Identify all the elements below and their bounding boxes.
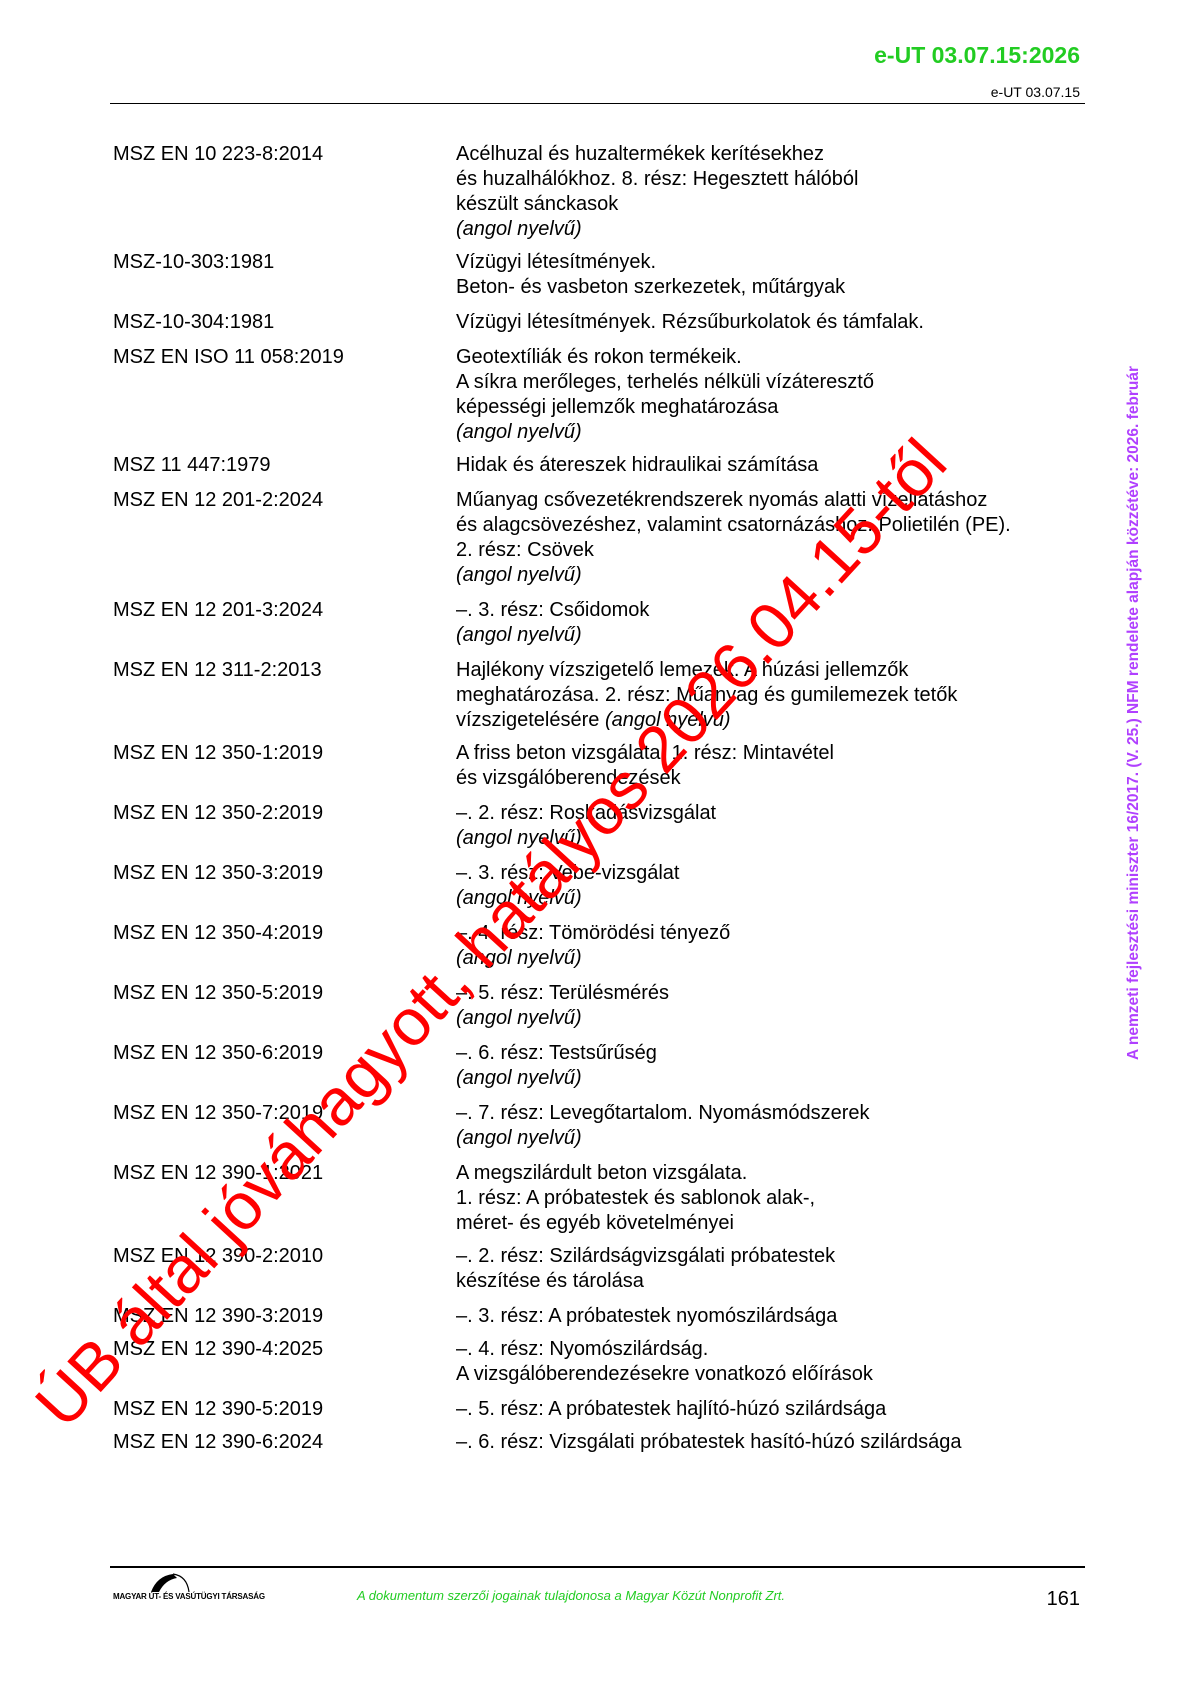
title-line: –. 4. rész: Nyomószilárdság. [456,1337,1083,1362]
title-line: A síkra merőleges, terhelés nélküli vízá… [456,370,1083,395]
standard-code: MSZ EN 12 350-3:2019 [113,861,456,886]
language-note: (angol nyelvű) [456,1066,1083,1091]
copyright-notice: A dokumentum szerzői jogainak tulajdonos… [357,1588,785,1603]
standard-entry: MSZ EN 12 311-2:2013Hajlékony vízszigete… [113,658,1083,733]
language-note: (angol nyelvű) [456,420,1083,445]
standard-entry: MSZ EN 12 390-2:2010–. 2. rész: Szilárds… [113,1244,1083,1294]
standard-title: Vízügyi létesítmények. Rézsűburkolatok é… [456,310,1083,335]
standard-entry: MSZ EN 12 350-5:2019–. 5. rész: Terülésm… [113,981,1083,1031]
document-subcode: e-UT 03.07.15 [991,84,1080,100]
language-note: (angol nyelvű) [456,217,1083,242]
language-note: (angol nyelvű) [456,1006,1083,1031]
title-line: Acélhuzal és huzaltermékek kerítésekhez [456,142,1083,167]
title-line: vízszigetelésére (angol nyelvű) [456,708,1083,733]
title-line: A vizsgálóberendezésekre vonatkozó előír… [456,1362,1083,1387]
language-note: (angol nyelvű) [456,946,1083,971]
standard-entry: MSZ EN 12 390-5:2019–. 5. rész: A próbat… [113,1397,1083,1422]
road-logo-icon [143,1572,203,1594]
title-line: képességi jellemzők meghatározása [456,395,1083,420]
logo-text: MAGYAR ÚT- ÉS VASÚTÜGYI TÁRSASÁG [113,1592,265,1601]
standard-code: MSZ EN 12 311-2:2013 [113,658,456,683]
standard-entry: MSZ-10-304:1981Vízügyi létesítmények. Ré… [113,310,1083,335]
title-line: és huzalhálókhoz. 8. rész: Hegesztett há… [456,167,1083,192]
title-line: Vízügyi létesítmények. Rézsűburkolatok é… [456,310,1083,335]
publication-note: A nemzeti fejlesztési miniszter 16/2017.… [1125,366,1143,1060]
header-divider [110,103,1085,104]
standard-code: MSZ-10-303:1981 [113,250,456,275]
title-line: A megszilárdult beton vizsgálata. [456,1161,1083,1186]
title-line: Hidak és átereszek hidraulikai számítása [456,453,1083,478]
standard-title: A megszilárdult beton vizsgálata.1. rész… [456,1161,1083,1236]
title-line: Vízügyi létesítmények. [456,250,1083,275]
standard-code: MSZ EN 12 201-3:2024 [113,598,456,623]
standard-entry: MSZ-10-303:1981Vízügyi létesítmények.Bet… [113,250,1083,300]
title-line: Beton- és vasbeton szerkezetek, műtárgya… [456,275,1083,300]
standard-title: –. 4. rész: Nyomószilárdság.A vizsgálóbe… [456,1337,1083,1387]
title-line: 1. rész: A próbatestek és sablonok alak-… [456,1186,1083,1211]
standard-entry: MSZ EN ISO 11 058:2019Geotextíliák és ro… [113,345,1083,445]
title-line: –. 3. rész: A próbatestek nyomószilárdsá… [456,1304,1083,1329]
title-line: –. 6. rész: Testsűrűség [456,1041,1083,1066]
title-line: készítése és tárolása [456,1269,1083,1294]
standard-title: –. 6. rész: Testsűrűség(angol nyelvű) [456,1041,1083,1091]
standard-code: MSZ EN 12 350-2:2019 [113,801,456,826]
title-line: készült sánckasok [456,192,1083,217]
standard-code: MSZ EN 10 223-8:2014 [113,142,456,167]
title-line: Műanyag csővezetékrendszerek nyomás alat… [456,488,1083,513]
standard-title: Acélhuzal és huzaltermékek kerítésekhezé… [456,142,1083,242]
standard-entry: MSZ EN 12 350-4:2019–. 4. rész: Tömörödé… [113,921,1083,971]
title-line: –. 4. rész: Tömörödési tényező [456,921,1083,946]
standard-title: –. 5. rész: A próbatestek hajlító-húzó s… [456,1397,1083,1422]
standard-code: MSZ-10-304:1981 [113,310,456,335]
title-line: meghatározása. 2. rész: Műanyag és gumil… [456,683,1083,708]
title-line: –. 2. rész: Szilárdságvizsgálati próbate… [456,1244,1083,1269]
standard-title: –. 6. rész: Vizsgálati próbatestek hasít… [456,1430,1083,1455]
standard-code: MSZ EN 12 350-1:2019 [113,741,456,766]
standard-code: MSZ EN 12 201-2:2024 [113,488,456,513]
footer-divider [110,1566,1085,1568]
title-line: A friss beton vizsgálata. 1. rész: Minta… [456,741,1083,766]
page-number: 161 [1047,1588,1080,1611]
society-logo: MAGYAR ÚT- ÉS VASÚTÜGYI TÁRSASÁG [113,1572,273,1612]
standard-title: Geotextíliák és rokon termékeik.A síkra … [456,345,1083,445]
standard-code: MSZ EN 12 350-4:2019 [113,921,456,946]
title-line: és vizsgálóberendezések [456,766,1083,791]
title-line: 2. rész: Csövek [456,538,1083,563]
title-line: Geotextíliák és rokon termékeik. [456,345,1083,370]
standard-entry: MSZ EN 12 350-6:2019–. 6. rész: Testsűrű… [113,1041,1083,1091]
language-note: (angol nyelvű) [456,1126,1083,1151]
standard-entry: MSZ EN 12 390-6:2024–. 6. rész: Vizsgála… [113,1430,1083,1455]
standard-title: A friss beton vizsgálata. 1. rész: Minta… [456,741,1083,791]
standard-title: –. 2. rész: Szilárdságvizsgálati próbate… [456,1244,1083,1294]
standard-entry: MSZ EN 12 390-3:2019–. 3. rész: A próbat… [113,1304,1083,1329]
standard-code: MSZ EN 12 390-5:2019 [113,1397,456,1422]
title-line: –. 5. rész: Terülésmérés [456,981,1083,1006]
standard-code: MSZ EN 12 390-6:2024 [113,1430,456,1455]
standard-code: MSZ 11 447:1979 [113,453,456,478]
title-line: és alagcsövezéshez, valamint csatornázás… [456,513,1083,538]
standard-title: –. 5. rész: Terülésmérés(angol nyelvű) [456,981,1083,1031]
standard-title: –. 3. rész: A próbatestek nyomószilárdsá… [456,1304,1083,1329]
standard-title: –. 4. rész: Tömörödési tényező(angol nye… [456,921,1083,971]
title-line: –. 7. rész: Levegőtartalom. Nyomásmódsze… [456,1101,1083,1126]
standard-entry: MSZ EN 12 201-2:2024Műanyag csővezetékre… [113,488,1083,588]
title-line: méret- és egyéb követelményei [456,1211,1083,1236]
document-code: e-UT 03.07.15:2026 [874,42,1080,69]
standard-entry: MSZ EN 12 201-3:2024–. 3. rész: Csőidomo… [113,598,1083,648]
standard-entry: MSZ EN 10 223-8:2014Acélhuzal és huzalte… [113,142,1083,242]
title-line: –. 5. rész: A próbatestek hajlító-húzó s… [456,1397,1083,1422]
title-line: –. 6. rész: Vizsgálati próbatestek hasít… [456,1430,1083,1455]
standard-title: Vízügyi létesítmények.Beton- és vasbeton… [456,250,1083,300]
standard-code: MSZ EN ISO 11 058:2019 [113,345,456,370]
standard-entry: MSZ EN 12 390-4:2025–. 4. rész: Nyomószi… [113,1337,1083,1387]
standard-title: Hidak és átereszek hidraulikai számítása [456,453,1083,478]
standard-title: –. 7. rész: Levegőtartalom. Nyomásmódsze… [456,1101,1083,1151]
